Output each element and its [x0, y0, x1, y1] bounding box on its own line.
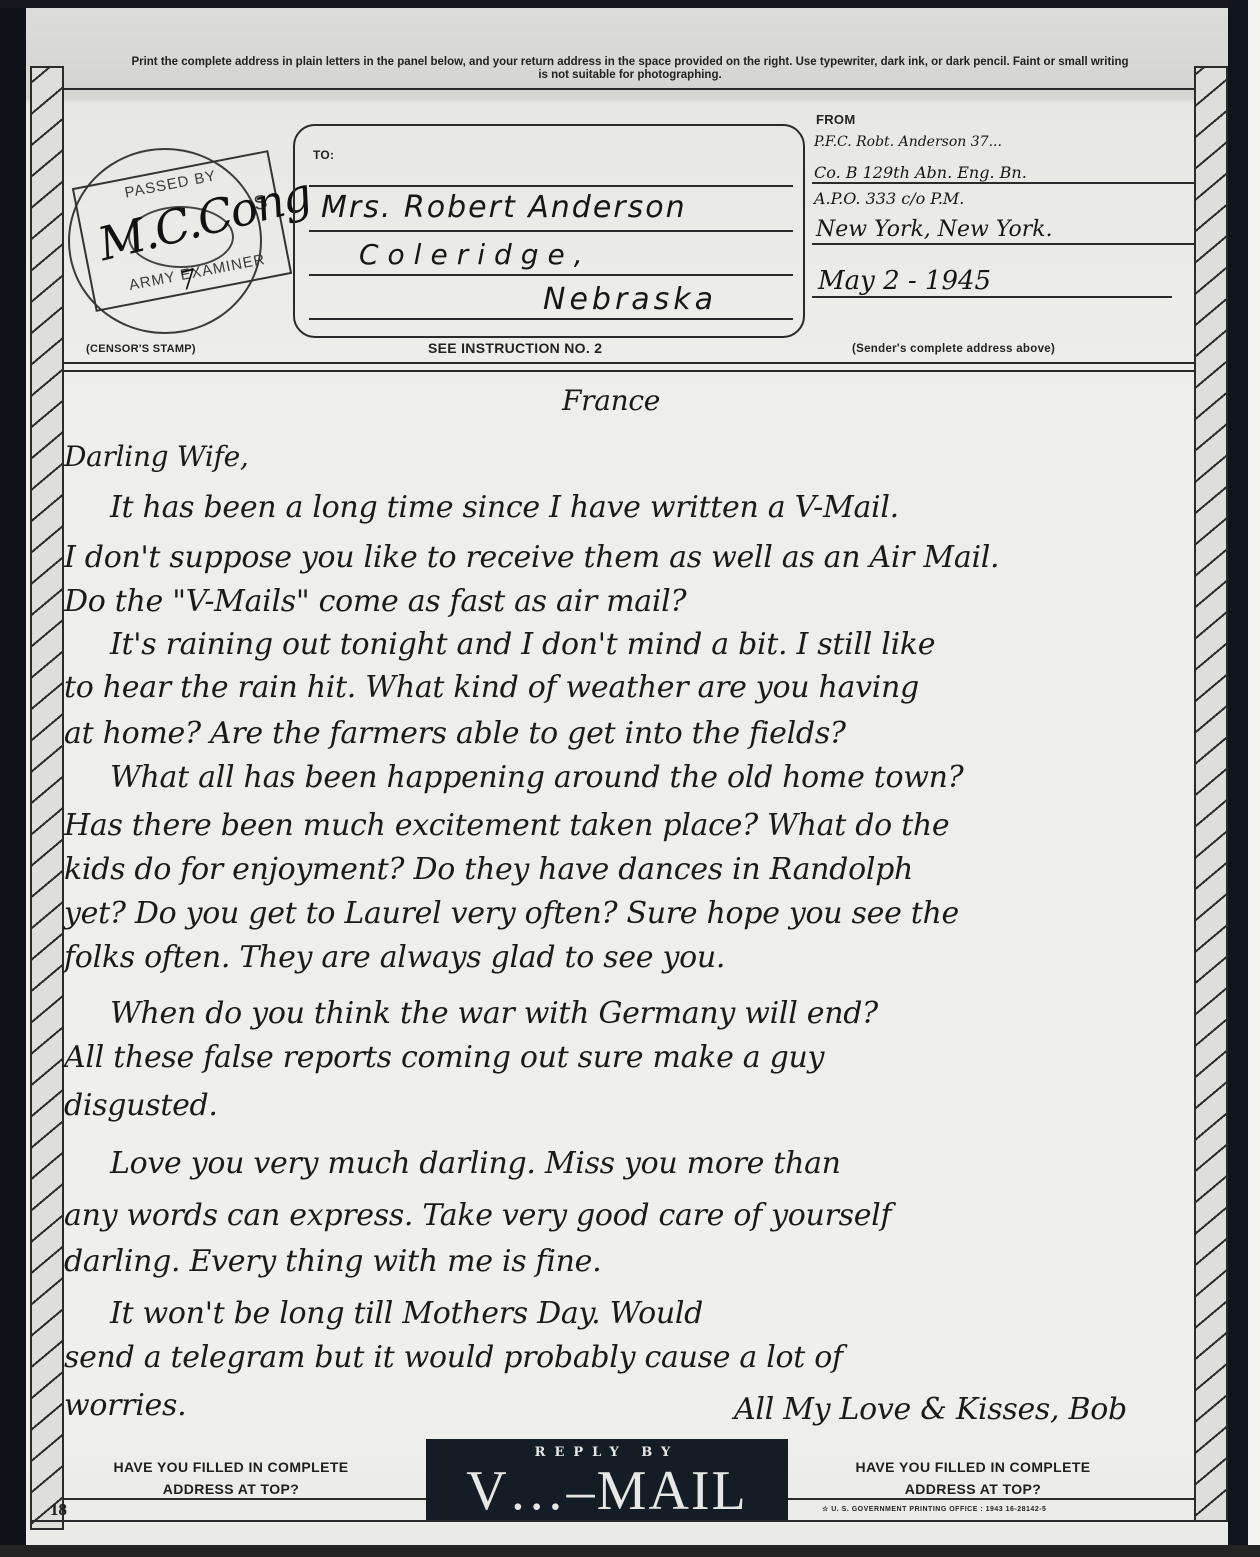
footer-reminder-line2: ADDRESS AT TOP?	[66, 1478, 396, 1500]
recipient-name: Mrs. Robert Anderson	[321, 190, 687, 225]
hatched-border-right	[1194, 66, 1228, 1522]
from-label: FROM	[816, 112, 855, 127]
sender-name: P.F.C. Robt. Anderson 37...	[814, 134, 1002, 150]
sender-apo: A.P.O. 333 c/o P.M.	[814, 189, 964, 208]
see-instruction-label: SEE INSTRUCTION NO. 2	[428, 340, 602, 356]
printing-office-imprint: ☆ U. S. GOVERNMENT PRINTING OFFICE : 194…	[822, 1505, 1046, 1513]
letter-line: Love you very much darling. Miss you mor…	[110, 1146, 841, 1181]
letter-line: When do you think the war with Germany w…	[110, 996, 878, 1031]
letter-line: It has been a long time since I have wri…	[110, 490, 899, 525]
letter-line: Do the "V-Mails" come as fast as air mai…	[64, 584, 686, 619]
bottom-rule	[30, 1520, 1194, 1522]
address-line	[309, 230, 793, 232]
scan-edge-left	[0, 0, 26, 1557]
letter-line: at home? Are the farmers able to get int…	[64, 716, 846, 751]
scan-margin-right	[1248, 0, 1260, 1557]
address-line	[309, 274, 793, 276]
recipient-city: Coleridge,	[359, 238, 592, 271]
address-line	[309, 318, 793, 320]
footer-reminder-left: HAVE YOU FILLED IN COMPLETE ADDRESS AT T…	[66, 1456, 396, 1500]
letter-line: to hear the rain hit. What kind of weath…	[64, 670, 919, 705]
header-rule	[64, 88, 1194, 90]
to-label: TO:	[313, 148, 334, 162]
letter-line: send a telegram but it would probably ca…	[64, 1340, 843, 1375]
letter-line: folks often. They are always glad to see…	[64, 940, 725, 975]
letter-date: May 2 - 1945	[818, 266, 991, 296]
letter-line: worries.	[64, 1388, 186, 1423]
vmail-wordmark: V…–MAIL	[426, 1461, 788, 1521]
letter-line: any words can express. Take very good ca…	[64, 1198, 891, 1233]
recipient-state: Nebraska	[543, 282, 717, 317]
reply-by-vmail-logo: REPLY BY V…–MAIL	[426, 1439, 788, 1522]
censor-stamp-label: (CENSOR'S STAMP)	[86, 343, 196, 355]
form-number: 18	[50, 1500, 67, 1520]
scan-edge-right	[1228, 0, 1248, 1557]
letter-line: Has there been much excitement taken pla…	[64, 808, 949, 843]
footer-rule-left	[64, 1498, 426, 1500]
sender-address-line	[812, 296, 1172, 298]
sender-city: New York, New York.	[816, 217, 1053, 242]
censor-stamp: PASSED BY S ARMY EXAMINER M.C.Cong 7	[68, 140, 300, 340]
hatched-border-left	[30, 66, 64, 1530]
sender-address-line	[812, 182, 1194, 184]
recipient-address-panel: TO: Mrs. Robert Anderson Coleridge, Nebr…	[293, 124, 805, 338]
footer-reminder-line2: ADDRESS AT TOP?	[808, 1478, 1138, 1500]
footer-reminder-line1: HAVE YOU FILLED IN COMPLETE	[808, 1456, 1138, 1478]
letter-line: It's raining out tonight and I don't min…	[110, 627, 935, 662]
letter-salutation: Darling Wife,	[64, 440, 248, 473]
letter-line: disgusted.	[64, 1088, 218, 1123]
sender-unit: Co. B 129th Abn. Eng. Bn.	[814, 163, 1027, 182]
letter-line: All these false reports coming out sure …	[64, 1040, 824, 1075]
address-section-rule	[64, 362, 1194, 364]
letter-line: yet? Do you get to Laurel very often? Su…	[64, 896, 959, 931]
letter-section-rule	[64, 370, 1194, 372]
reply-by-text: REPLY BY	[426, 1445, 788, 1460]
footer-reminder-right: HAVE YOU FILLED IN COMPLETE ADDRESS AT T…	[808, 1456, 1138, 1500]
letter-closing: All My Love & Kisses, Bob	[734, 1392, 1127, 1427]
scan-edge-bottom	[0, 1545, 1260, 1557]
letter-place: France	[562, 384, 660, 417]
scan-edge-top	[0, 0, 1248, 8]
letter-line: It won't be long till Mothers Day. Would	[110, 1296, 703, 1331]
form-instructions: Print the complete address in plain lett…	[130, 56, 1130, 82]
letter-line: What all has been happening around the o…	[110, 760, 963, 795]
sender-address-line	[812, 243, 1194, 245]
letter-line: darling. Every thing with me is fine.	[64, 1244, 601, 1279]
sender-note: (Sender's complete address above)	[852, 343, 1055, 355]
letter-line: kids do for enjoyment? Do they have danc…	[64, 852, 913, 887]
footer-reminder-line1: HAVE YOU FILLED IN COMPLETE	[66, 1456, 396, 1478]
letter-line: I don't suppose you like to receive them…	[64, 540, 999, 575]
address-line	[309, 185, 793, 187]
footer-rule-right	[788, 1498, 1194, 1500]
